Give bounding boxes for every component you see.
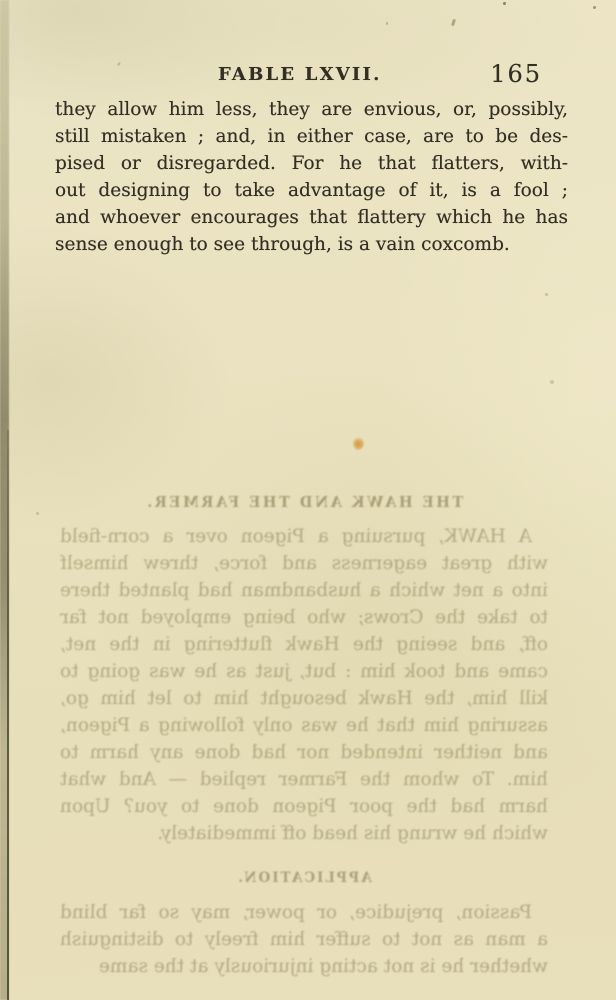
bleedthrough-text: THE HAWK AND THE FARMER. A HAWK, pursuin… [60, 489, 548, 980]
paper-speck [503, 2, 506, 5]
ghost-text-line: to take the Crows; who being employed no… [60, 604, 548, 631]
paper-speck [550, 380, 554, 384]
text-line: out designing to take advantage of it, i… [55, 177, 568, 204]
paper-speck [451, 19, 456, 27]
ghost-text-line: harm had the poor Pigeon done to you? Up… [60, 793, 548, 820]
page-gutter-line [7, 430, 9, 1000]
fable-moral-paragraph: they allow him less, they are envious, o… [55, 96, 568, 258]
running-header: FABLE LXVII. 165 [55, 60, 568, 90]
ghost-text-line: which he wrung his head off immediately. [60, 820, 548, 847]
paper-speck [593, 6, 596, 9]
paper-stain [353, 437, 364, 450]
paper-speck [386, 22, 388, 25]
text-line: sense enough to see through, is a vain c… [55, 231, 568, 258]
text-line: still mistaken ; and, in either case, ar… [55, 123, 568, 150]
bleedthrough-fable-paragraph: A HAWK, pursuing a Pigeon over a corn-fi… [60, 523, 548, 847]
ghost-text-line: a man as not to suffer him freely to dis… [60, 926, 548, 953]
bleedthrough-application-heading: APPLICATION. [60, 865, 548, 885]
ghost-text-line: A HAWK, pursuing a Pigeon over a corn-fi… [60, 523, 548, 550]
ghost-text-line: whether he is not acting injuriously at … [60, 953, 548, 980]
paper-speck [36, 512, 39, 515]
running-header-title: FABLE LXVII. [218, 64, 382, 85]
ghost-text-line: kill him, the Hawk besought him to let h… [60, 685, 548, 712]
ghost-text-line: came and took him : but, just as he was … [60, 658, 548, 685]
text-line: and whoever encourages that flattery whi… [55, 204, 568, 231]
ghost-text-line: him. To whom the Farmer replied — And wh… [60, 766, 548, 793]
ghost-text-line: into a net which a husbandman had plante… [60, 577, 548, 604]
ghost-text-line: and neither intended nor had done any ha… [60, 739, 548, 766]
bleedthrough-fable-title: THE HAWK AND THE FARMER. [60, 489, 548, 509]
ghost-text-line: assuring him that he was only following … [60, 712, 548, 739]
book-page: FABLE LXVII. 165 they allow him less, th… [0, 0, 616, 1000]
ghost-text-line: with great eagerness and force, threw hi… [60, 550, 548, 577]
text-line: they allow him less, they are envious, o… [55, 96, 568, 123]
text-line: pised or disregarded. For he that flatte… [55, 150, 568, 177]
page-number: 165 [490, 60, 542, 88]
paper-speck [545, 293, 548, 296]
ghost-text-line: Passion, prejudice, or power, may so far… [60, 899, 548, 926]
bleedthrough-application-paragraph: Passion, prejudice, or power, may so far… [60, 899, 548, 980]
ghost-text-line: off, and seeing the Hawk fluttering in t… [60, 631, 548, 658]
